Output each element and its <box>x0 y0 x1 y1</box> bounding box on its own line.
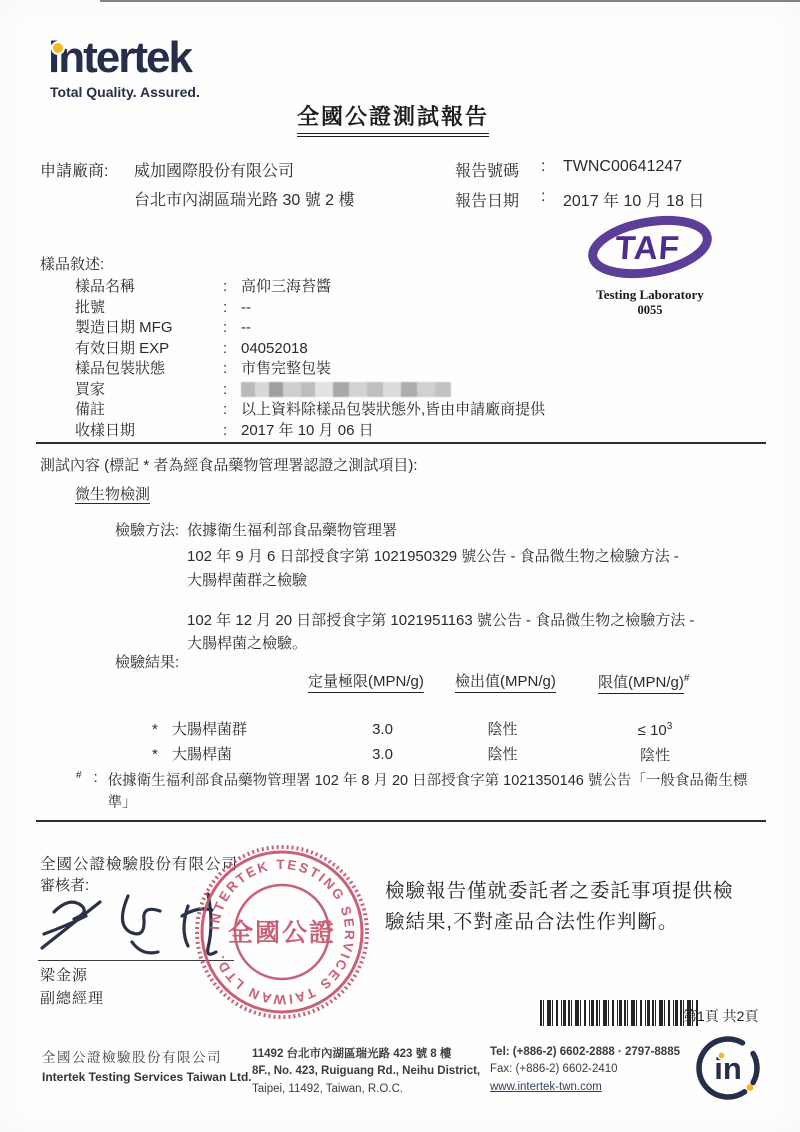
footnote: # : 依據衛生福利部食品藥物管理署 102 年 8 月 20 日部授食字第 1… <box>76 770 756 815</box>
applicant-label: 申請廠商: <box>40 158 134 210</box>
report-no-label: 報告號碼 <box>455 158 541 181</box>
footer-company-en: Intertek Testing Services Taiwan Ltd. <box>42 1070 252 1084</box>
footer-address-en1: 8F., No. 423, Ruiguang Rd., Neihu Distri… <box>252 1063 480 1080</box>
sample-section-label: 樣品敘述: <box>40 255 104 275</box>
result-detected: 陰性 <box>460 745 545 765</box>
report-title: 全國公證測試報告 <box>297 104 489 137</box>
applicant-name: 威加國際股份有限公司 <box>134 158 354 181</box>
report-page: intertek Total Quality. Assured. 全國公證測試報… <box>0 0 800 1132</box>
result-item: 大腸桿菌群 <box>172 721 247 738</box>
results-header-detected: 檢出值(MPN/g) <box>455 672 556 692</box>
taf-mark: TAF Testing Laboratory 0055 <box>583 214 717 318</box>
result-loq: 3.0 <box>340 745 425 765</box>
result-detected: 陰性 <box>460 720 545 740</box>
received-date-value: 2017 年 10 月 06 日 <box>241 421 374 442</box>
scan-edge-artifact <box>100 0 800 2</box>
intertek-logo-yellow-dot <box>51 41 65 55</box>
sample-name-value: 高仰三海苔醬 <box>241 277 331 298</box>
svg-text:TAF: TAF <box>614 230 681 267</box>
result-item: 大腸桿菌 <box>172 746 232 763</box>
sample-fields: 樣品名稱:高仰三海苔醬 批號:-- 製造日期 MFG:-- 有效日期 EXP:0… <box>75 277 545 441</box>
result-row: * 大腸桿菌群 <box>152 720 247 740</box>
barcode <box>540 1000 698 1026</box>
fda-certified-mark: * <box>152 746 158 763</box>
buyer-redacted-mosaic <box>241 382 451 397</box>
company-stamp: INTERTEK TESTING SERVICES TAIWAN LTD. 全國… <box>192 842 372 1022</box>
batch-no-value: -- <box>241 298 251 319</box>
result-limit: ≤ 103 <box>610 720 700 741</box>
sample-field-row: 製造日期 MFG:-- <box>75 318 545 339</box>
footer-website-link[interactable]: www.intertek-twn.com <box>490 1079 680 1096</box>
sample-field-row: 收樣日期:2017 年 10 月 06 日 <box>75 421 545 442</box>
result-row: * 大腸桿菌 <box>152 745 232 765</box>
footer-address-block: 11492 台北市內湖區瑞光路 423 號 8 樓 8F., No. 423, … <box>252 1046 480 1098</box>
footnote-text: 依據衛生福利部食品藥物管理署 102 年 8 月 20 日部授食字第 10213… <box>108 770 756 815</box>
method-label: 檢驗方法: <box>115 521 187 654</box>
mfg-date-value: -- <box>241 318 251 339</box>
sample-field-row: 買家: <box>75 380 545 401</box>
method-line: 依據衛生福利部食品藥物管理署 <box>187 521 747 541</box>
sample-field-row: 樣品名稱:高仰三海苔醬 <box>75 277 545 298</box>
sample-field-row: 備註:以上資料除樣品包裝狀態外,皆由申請廠商提供 <box>75 400 545 421</box>
disclaimer-text: 檢驗報告僅就委託者之委託事項提供檢驗結果,不對產品合法性作判斷。 <box>385 876 745 938</box>
sample-field-row: 有效日期 EXP:04052018 <box>75 339 545 360</box>
fda-certified-mark: * <box>152 721 158 738</box>
footer-address-en2: Taipei, 11492, Taiwan, R.O.C. <box>252 1081 480 1098</box>
applicant-address: 台北市內湖區瑞光路 30 號 2 樓 <box>134 187 354 210</box>
results-header-limit: 限值(MPN/g)# <box>598 672 689 693</box>
remark-value: 以上資料除樣品包裝狀態外,皆由申請廠商提供 <box>241 400 545 421</box>
report-meta-block: 報告號碼 : TWNC00641247 報告日期 : 2017 年 10 月 1… <box>455 158 704 211</box>
footer-company-block: 全國公證檢驗股份有限公司 Intertek Testing Services T… <box>42 1046 252 1084</box>
footer-company-zh: 全國公證檢驗股份有限公司 <box>42 1046 252 1066</box>
sample-field-row: 樣品包裝狀態:市售完整包裝 <box>75 359 545 380</box>
sample-field-row: 批號:-- <box>75 298 545 319</box>
method-line: 大腸桿菌之檢驗。 <box>187 634 747 654</box>
intertek-tagline: Total Quality. Assured. <box>50 84 200 100</box>
test-method-block: 檢驗方法: 依據衛生福利部食品藥物管理署 102 年 9 月 6 日部授食字第 … <box>115 521 747 654</box>
packaging-value: 市售完整包裝 <box>241 359 331 380</box>
taf-number: 0055 <box>583 303 717 318</box>
section-divider <box>36 442 766 444</box>
result-loq: 3.0 <box>340 720 425 740</box>
reviewer-title: 副總經理 <box>40 989 104 1009</box>
exp-date-value: 04052018 <box>241 339 308 360</box>
taf-caption: Testing Laboratory <box>583 287 717 303</box>
reviewer-name: 梁金源 <box>40 966 88 986</box>
colon: : <box>541 158 563 181</box>
taf-oval-icon: TAF <box>583 214 717 280</box>
page-indicator: 第1頁 共2頁 <box>683 1006 758 1026</box>
footer-address-zh: 11492 台北市內湖區瑞光路 423 號 8 樓 <box>252 1046 480 1063</box>
colon: : <box>541 188 563 211</box>
result-limit: 陰性 <box>610 745 700 766</box>
footer-contact-block: Tel: (+886-2) 6602-2888 · 2797-8885 Fax:… <box>490 1044 680 1096</box>
footnote-marker: # <box>76 770 82 781</box>
test-category: 微生物檢測 <box>75 485 150 505</box>
method-line: 大腸桿菌群之檢驗 <box>187 571 747 591</box>
method-line: 102 年 12 月 20 日部授食字第 1021951163 號公告 - 食品… <box>187 611 747 631</box>
footer-fax: Fax: (+886-2) 6602-2410 <box>490 1061 680 1078</box>
method-line: 102 年 9 月 6 日部授食字第 1021950329 號公告 - 食品微生… <box>187 547 747 567</box>
applicant-block: 申請廠商: 威加國際股份有限公司 台北市內湖區瑞光路 30 號 2 樓 <box>40 158 354 210</box>
intertek-roundel-icon: in <box>690 1030 766 1106</box>
results-header-loq: 定量極限(MPN/g) <box>308 672 424 692</box>
report-date-label: 報告日期 <box>455 188 541 211</box>
intertek-logo: intertek <box>48 36 191 80</box>
stamp-center-text: 全國公證 <box>228 918 336 947</box>
report-no-value: TWNC00641247 <box>563 158 682 181</box>
test-intro: 測試內容 (標記 * 者為經食品藥物管理署認證之測試項目): <box>40 456 418 476</box>
footer-tel: Tel: (+886-2) 6602-2888 · 2797-8885 <box>490 1044 680 1061</box>
intertek-wordmark: intertek <box>48 36 191 80</box>
section-divider <box>36 820 766 822</box>
report-date-value: 2017 年 10 月 18 日 <box>563 188 704 211</box>
result-label: 檢驗結果: <box>115 653 179 673</box>
